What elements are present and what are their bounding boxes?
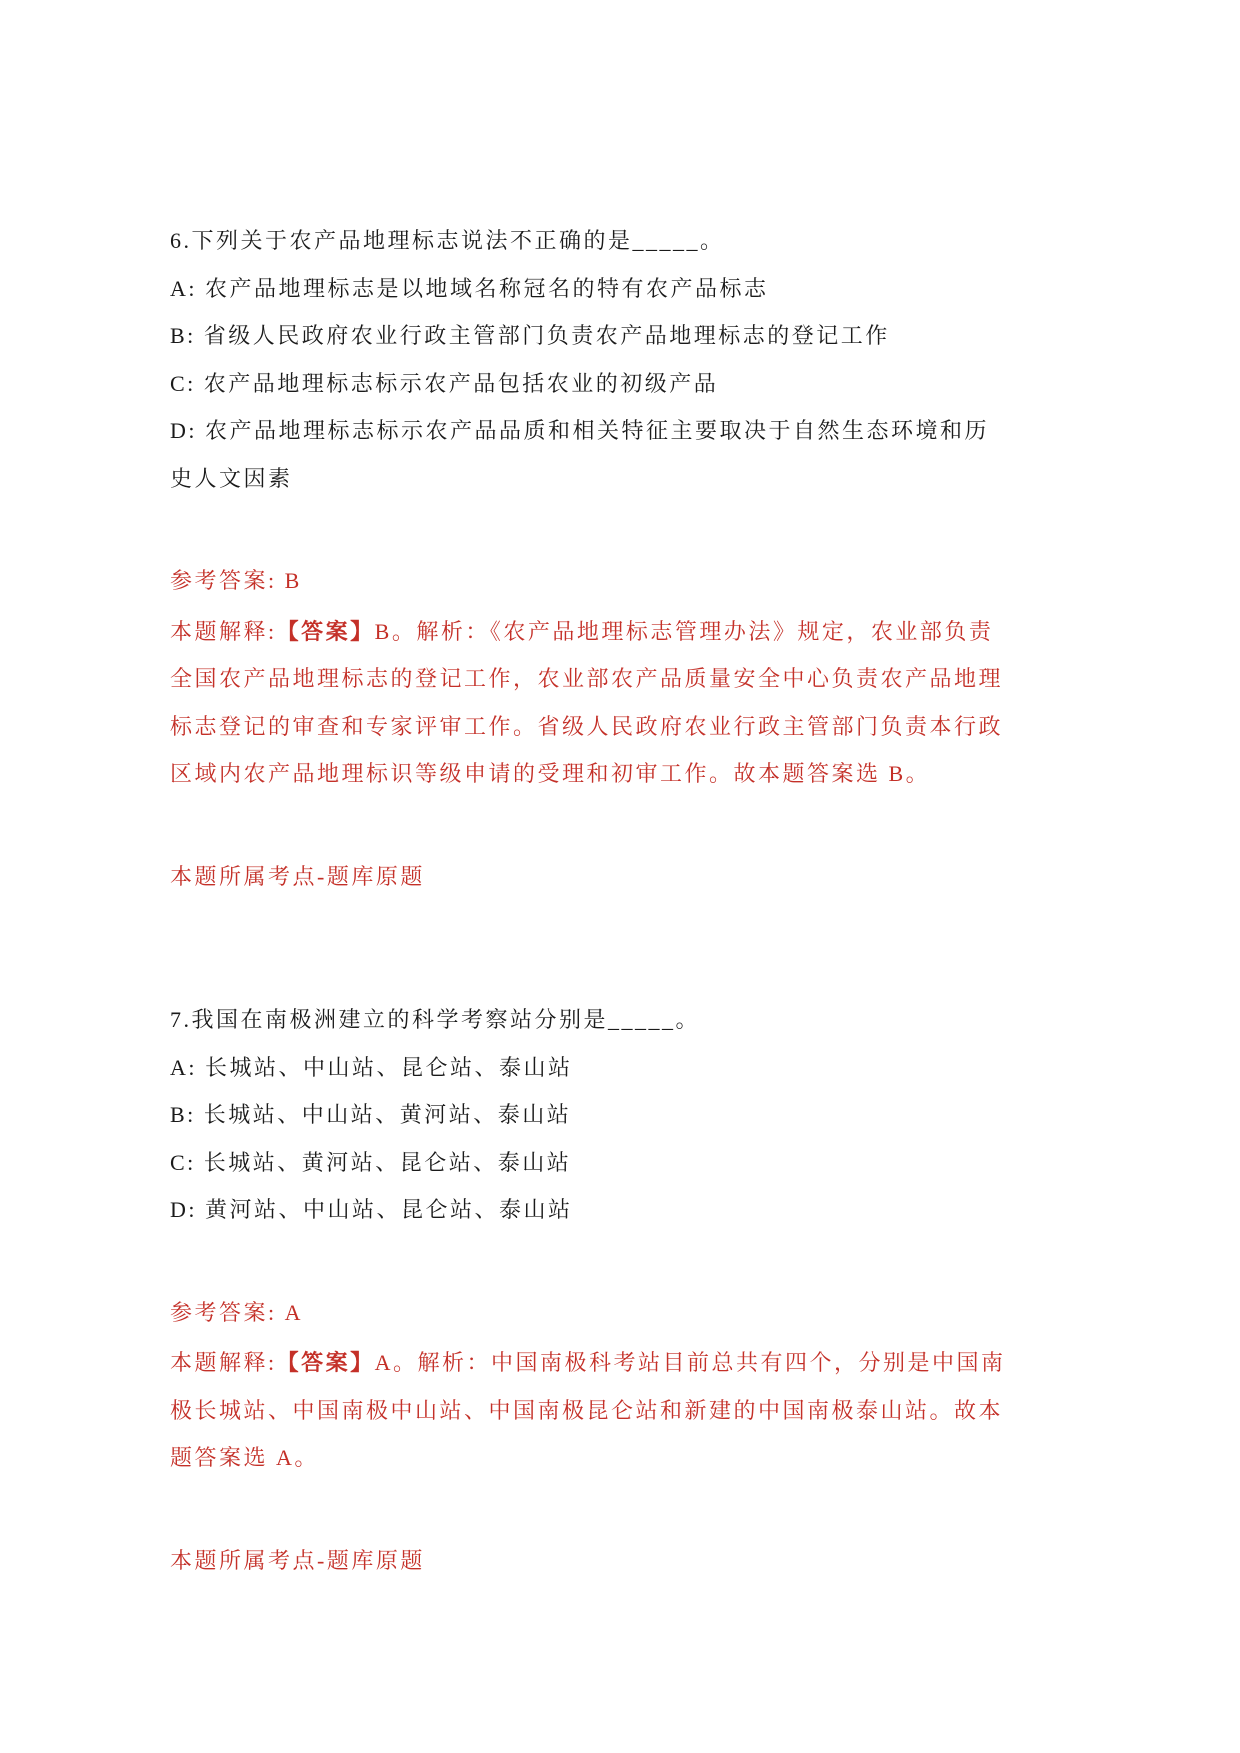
explanation-paragraph: 本题解释:【答案】A。解析：中国南极科考站目前总共有四个，分别是中国南极长城站、… bbox=[170, 1339, 1012, 1482]
question-option-d: D: 农产品地理标志标示农产品品质和相关特征主要取决于自然生态环境和历史人文因素 bbox=[170, 407, 1012, 502]
question-option-b: B: 省级人民政府农业行政主管部门负责农产品地理标志的登记工作 bbox=[170, 312, 1012, 360]
question-option-d: D: 黄河站、中山站、昆仑站、泰山站 bbox=[170, 1186, 1012, 1234]
question-option-a: A: 长城站、中山站、昆仑站、泰山站 bbox=[170, 1044, 1012, 1092]
reference-answer: 参考答案: A bbox=[170, 1289, 1012, 1337]
explanation-prefix: 本题解释: bbox=[170, 619, 277, 644]
topic-line: 本题所属考点-题库原题 bbox=[170, 1537, 1012, 1585]
explanation-prefix: 本题解释: bbox=[170, 1350, 277, 1375]
question-title: 6.下列关于农产品地理标志说法不正确的是_____。 bbox=[170, 217, 1012, 265]
topic-line: 本题所属考点-题库原题 bbox=[170, 853, 1012, 901]
document-page: 6.下列关于农产品地理标志说法不正确的是_____。 A: 农产品地理标志是以地… bbox=[0, 0, 1240, 1753]
question-option-b: B: 长城站、中山站、黄河站、泰山站 bbox=[170, 1091, 1012, 1139]
answer-tag: 【答案】 bbox=[277, 619, 375, 644]
explanation-paragraph: 本题解释:【答案】B。解析：《农产品地理标志管理办法》规定，农业部负责全国农产品… bbox=[170, 608, 1012, 798]
question-block-6: 6.下列关于农产品地理标志说法不正确的是_____。 A: 农产品地理标志是以地… bbox=[170, 217, 1012, 900]
question-option-a: A: 农产品地理标志是以地域名称冠名的特有农产品标志 bbox=[170, 265, 1012, 313]
question-block-7: 7.我国在南极洲建立的科学考察站分别是_____。 A: 长城站、中山站、昆仑站… bbox=[170, 996, 1012, 1584]
reference-answer: 参考答案: B bbox=[170, 557, 1012, 605]
question-option-c: C: 长城站、黄河站、昆仑站、泰山站 bbox=[170, 1139, 1012, 1187]
answer-tag: 【答案】 bbox=[277, 1350, 375, 1375]
question-title: 7.我国在南极洲建立的科学考察站分别是_____。 bbox=[170, 996, 1012, 1044]
question-option-c: C: 农产品地理标志标示农产品包括农业的初级产品 bbox=[170, 360, 1012, 408]
